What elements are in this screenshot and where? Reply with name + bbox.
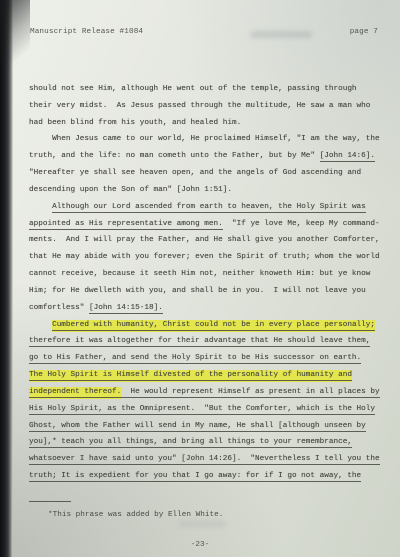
body-text: should not see Him, although He went out…	[29, 85, 357, 93]
underlined-text: He would represent Himself as present in…	[121, 388, 379, 398]
document-line: appointed as His representative among me…	[29, 216, 392, 233]
underlined-text: therefore it was altogether for their ad…	[29, 337, 370, 347]
body-text: had been blind from his youth, and heale…	[29, 119, 241, 127]
underlined-text: [John 14:15-18].	[89, 304, 163, 314]
footnote-text: *This phrase was added by Ellen White.	[48, 511, 223, 519]
underlined-text: go to His Father, and send the Holy Spir…	[29, 354, 361, 364]
footnote-separator	[29, 501, 71, 502]
document-line: independent thereof. He would represent …	[29, 384, 392, 401]
highlighted-text: Cumbered with humanity, Christ could not…	[52, 321, 375, 331]
underlined-text: Ghost, whom the Father will send in My n…	[29, 422, 366, 432]
body-text	[29, 321, 52, 329]
document-line: Ghost, whom the Father will send in My n…	[29, 418, 392, 435]
body-text: descending upon the Son of man" [John 1:…	[29, 186, 232, 194]
manuscript-title: Manuscript Release #1084	[30, 28, 143, 36]
highlighted-text: The Holy Spirit is Himself divested of t…	[29, 371, 352, 381]
underlined-text: truth; It is expedient for you that I go…	[29, 472, 361, 482]
document-line: ments. And I will pray the Father, and H…	[29, 232, 392, 249]
document-line: truth; It is expedient for you that I go…	[29, 468, 392, 485]
document-line: Although our Lord ascended from earth to…	[29, 199, 392, 216]
photographed-manuscript-page: Manuscript Release #1084 page 7 should n…	[0, 0, 400, 557]
body-text: their very midst. As Jesus passed throug…	[29, 102, 370, 110]
document-line: When Jesus came to our world, He proclai…	[29, 131, 392, 148]
page-footer-number: -23-	[0, 541, 400, 549]
document-line: Him; for He dwelleth with you, and shall…	[29, 283, 392, 300]
underlined-text: appointed as His representative among me…	[29, 220, 223, 230]
document-line: comfortless" [John 14:15-18].	[29, 300, 392, 317]
document-line: cannot receive, because it seeth Him not…	[29, 266, 392, 283]
document-line: The Holy Spirit is Himself divested of t…	[29, 367, 392, 384]
document-body: should not see Him, although He went out…	[29, 81, 392, 485]
underlined-text: you],* teach you all things, and bring a…	[29, 438, 352, 448]
header-page-label: page 7	[350, 28, 378, 36]
document-line: had been blind from his youth, and heale…	[29, 115, 392, 132]
body-text: cannot receive, because it seeth Him not…	[29, 270, 370, 278]
body-text: When Jesus came to our world, He proclai…	[29, 135, 380, 143]
document-line: go to His Father, and send the Holy Spir…	[29, 350, 392, 367]
document-line: Cumbered with humanity, Christ could not…	[29, 317, 392, 334]
body-text: "If ye love Me, keep My command-	[223, 220, 380, 228]
underlined-text: His Holy Spirit, as the Omnipresent. "Bu…	[29, 405, 375, 415]
document-line: therefore it was altogether for their ad…	[29, 333, 392, 350]
document-line: that He may abide with you forever; even…	[29, 249, 392, 266]
body-text	[29, 203, 52, 211]
document-line: should not see Him, although He went out…	[29, 81, 392, 98]
underlined-text: whatsoever I have said unto you" [John 1…	[29, 455, 380, 465]
highlighted-text: independent thereof.	[29, 388, 121, 398]
page-corner-curl	[0, 0, 30, 90]
underlined-text: Although our Lord ascended from earth to…	[52, 203, 366, 213]
document-line: truth, and the life: no man cometh unto …	[29, 148, 392, 165]
document-line: His Holy Spirit, as the Omnipresent. "Bu…	[29, 401, 392, 418]
document-line: "Hereafter ye shall see heaven open, and…	[29, 165, 392, 182]
document-line: descending upon the Son of man" [John 1:…	[29, 182, 392, 199]
underlined-text: [John 14:6].	[320, 152, 375, 162]
page-header: Manuscript Release #1084 page 7	[30, 28, 378, 36]
document-line: you],* teach you all things, and bring a…	[29, 434, 392, 451]
body-text: ments. And I will pray the Father, and H…	[29, 236, 380, 244]
body-text: that He may abide with you forever; even…	[29, 253, 380, 261]
ink-bleedthrough-smudge	[178, 521, 226, 527]
body-text: Him; for He dwelleth with you, and shall…	[29, 287, 366, 295]
body-text: truth, and the life: no man cometh unto …	[29, 152, 320, 160]
document-line: their very midst. As Jesus passed throug…	[29, 98, 392, 115]
body-text: "Hereafter ye shall see heaven open, and…	[29, 169, 361, 177]
body-text: comfortless"	[29, 304, 89, 312]
document-line: whatsoever I have said unto you" [John 1…	[29, 451, 392, 468]
